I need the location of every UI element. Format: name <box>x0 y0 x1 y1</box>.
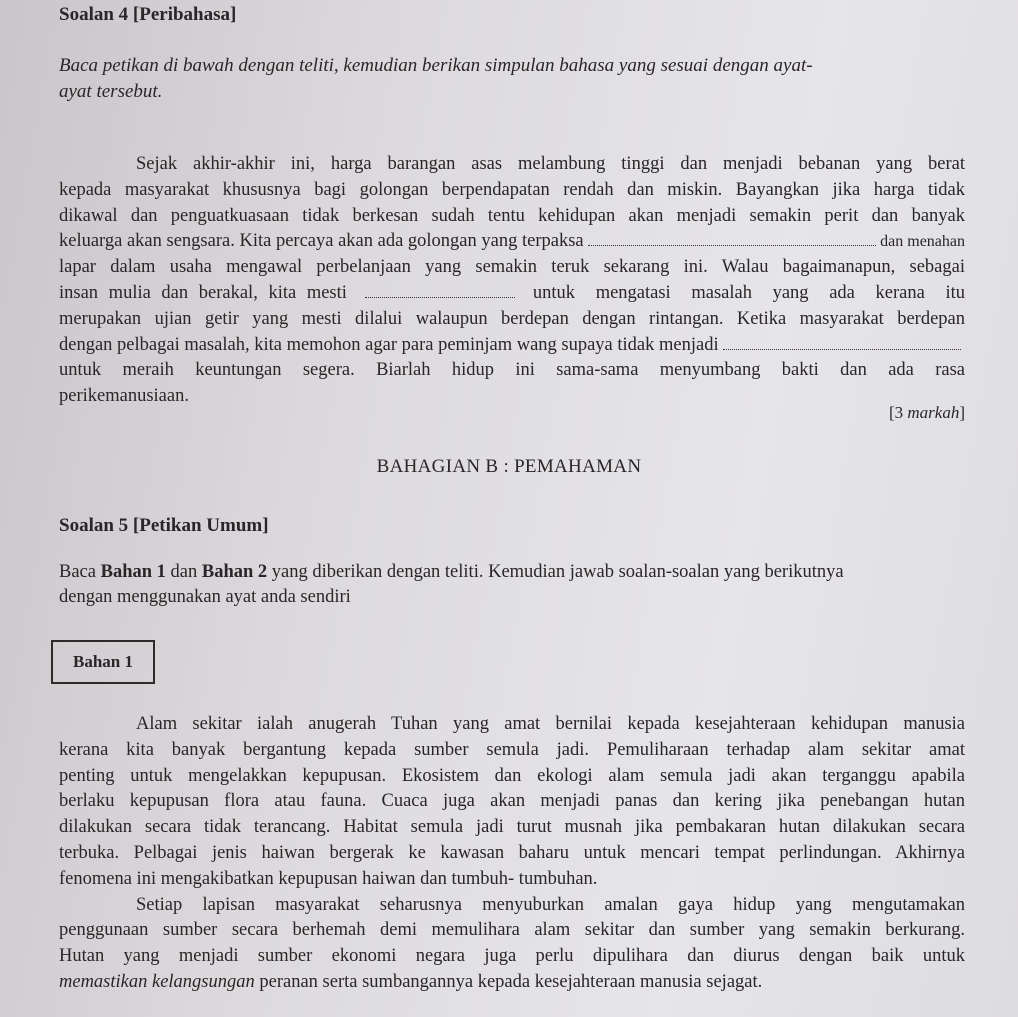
passage-line: Hutan yang menjadi sumber ekonomi negara… <box>59 944 965 970</box>
answer-blank-1[interactable] <box>588 244 877 246</box>
question-4-title: Soalan 4 [Peribahasa] <box>59 4 236 26</box>
question-4-instruction-line2: ayat tersebut. <box>59 81 162 103</box>
passage-line: keluarga akan sengsara. Kita percaya aka… <box>59 229 965 255</box>
passage-text: insan mulia dan berakal, kita mesti <box>59 281 347 307</box>
passage-line: kerana kita banyak bergantung kepada sum… <box>59 738 965 764</box>
passage-line: Setiap lapisan masyarakat seharusnya men… <box>59 893 965 919</box>
passage-line: dengan pelbagai masalah, kita memohon ag… <box>59 333 965 359</box>
passage-line: perikemanusiaan. <box>59 384 965 410</box>
passage-text: dengan pelbagai masalah, kita memohon ag… <box>59 333 719 359</box>
bahan-1-label-box: Bahan 1 <box>51 640 155 684</box>
question-5-title: Soalan 5 [Petikan Umum] <box>59 515 269 537</box>
passage-line: terbuka. Pelbagai jenis haiwan bergerak … <box>59 841 965 867</box>
bahan-1-passage: Alam sekitar ialah anugerah Tuhan yang a… <box>59 712 965 996</box>
question-4-passage: Sejak akhir-akhir ini, harga barangan as… <box>59 152 965 410</box>
passage-text: dan menahan <box>880 229 965 255</box>
section-b-heading: BAHAGIAN B : PEMAHAMAN <box>0 456 1018 478</box>
question-5-instruction-line2: dengan menggunakan ayat anda sendiri <box>59 587 351 608</box>
passage-line: untuk meraih keuntungan segera. Biarlah … <box>59 358 965 384</box>
passage-line: merupakan ujian getir yang mesti dilalui… <box>59 307 965 333</box>
passage-line: penting untuk mengelakkan kepupusan. Eko… <box>59 764 965 790</box>
question-5-instruction-line1: Baca Bahan 1 dan Bahan 2 yang diberikan … <box>59 562 844 583</box>
passage-line: dikawal dan penguatkuasaan tidak berkesa… <box>59 204 965 230</box>
answer-blank-3[interactable] <box>723 348 961 350</box>
marks-label: [3 markah] <box>889 403 965 423</box>
passage-line: lapar dalam usaha mengawal perbelanjaan … <box>59 255 965 281</box>
passage-text: keluarga akan sengsara. Kita percaya aka… <box>59 229 584 255</box>
passage-line: memastikan kelangsungan peranan serta su… <box>59 970 965 996</box>
answer-blank-2[interactable] <box>365 296 515 298</box>
question-4-instruction-line1: Baca petikan di bawah dengan teliti, kem… <box>59 55 813 77</box>
passage-line: kepada masyarakat khususnya bagi golonga… <box>59 178 965 204</box>
passage-text: untuk mengatasi masalah yang ada kerana … <box>533 281 965 307</box>
exam-page: Soalan 4 [Peribahasa] Baca petikan di ba… <box>0 0 1018 1017</box>
passage-line: dilakukan secara tidak terancang. Habita… <box>59 815 965 841</box>
passage-line: Sejak akhir-akhir ini, harga barangan as… <box>59 152 965 178</box>
passage-line: berlaku kepupusan flora atau fauna. Cuac… <box>59 789 965 815</box>
passage-line: Alam sekitar ialah anugerah Tuhan yang a… <box>59 712 965 738</box>
passage-line: insan mulia dan berakal, kita mesti untu… <box>59 281 965 307</box>
passage-line: fenomena ini mengakibatkan kepupusan hai… <box>59 867 965 893</box>
passage-line: penggunaan sumber secara berhemah demi m… <box>59 918 965 944</box>
